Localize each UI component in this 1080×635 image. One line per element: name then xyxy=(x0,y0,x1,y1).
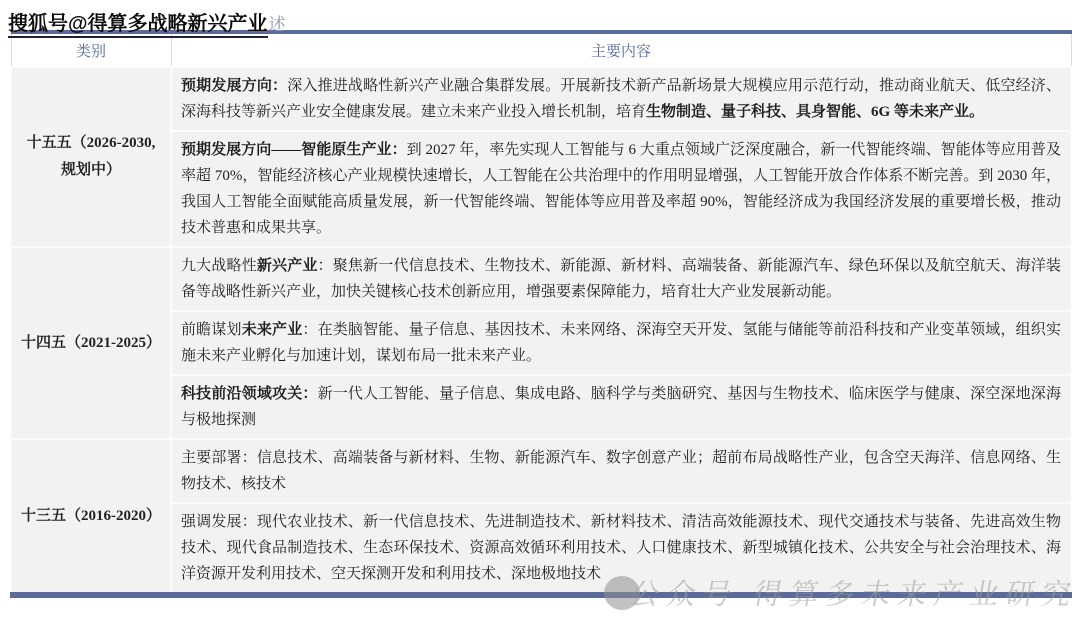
content-cell: 强调发展：现代农业技术、新一代信息技术、先进制造技术、新材料技术、清洁高效能源技… xyxy=(171,503,1071,595)
page-title-bar: 搜狐号@得算多战略新兴产业述 xyxy=(0,0,1080,30)
table-row: 十四五（2021-2025） 九大战略性新兴产业：聚焦新一代信息技术、生物技术、… xyxy=(11,247,1071,311)
content-cell: 预期发展方向：深入推进战略性新兴产业融合集群发展。开展新技术新产品新场景大规模应… xyxy=(171,67,1071,131)
category-cell-15th-plan: 十五五（2026-2030, 规划中） xyxy=(11,67,171,247)
content-cell: 预期发展方向——智能原生产业：到 2027 年，率先实现人工智能与 6 大重点领… xyxy=(171,131,1071,247)
content-cell: 前瞻谋划未来产业：在类脑智能、量子信息、基因技术、未来网络、深海空天开发、氢能与… xyxy=(171,311,1071,375)
content-cell: 九大战略性新兴产业：聚焦新一代信息技术、生物技术、新能源、新材料、高端装备、新能… xyxy=(171,247,1071,311)
category-cell-13th-plan: 十三五（2016-2020） xyxy=(11,439,171,595)
category-cell-14th-plan: 十四五（2021-2025） xyxy=(11,247,171,439)
table-row: 十三五（2016-2020） 主要部署：信息技术、高端装备与新材料、生物、新能源… xyxy=(11,439,1071,503)
header-main-content: 主要内容 xyxy=(171,32,1071,67)
top-watermark: 搜狐号@得算多战略新兴产业 xyxy=(8,13,268,38)
content-cell: 科技前沿领域攻关：新一代人工智能、量子信息、集成电路、脑科学与类脑研究、基因与生… xyxy=(171,375,1071,439)
table-row: 十五五（2026-2030, 规划中） 预期发展方向：深入推进战略性新兴产业融合… xyxy=(11,67,1071,131)
content-cell: 主要部署：信息技术、高端装备与新材料、生物、新能源汽车、数字创意产业；超前布局战… xyxy=(171,439,1071,503)
title-remnant-text: 述 xyxy=(269,15,286,34)
policy-table: 类别 主要内容 十五五（2026-2030, 规划中） 预期发展方向：深入推进战… xyxy=(10,30,1072,598)
